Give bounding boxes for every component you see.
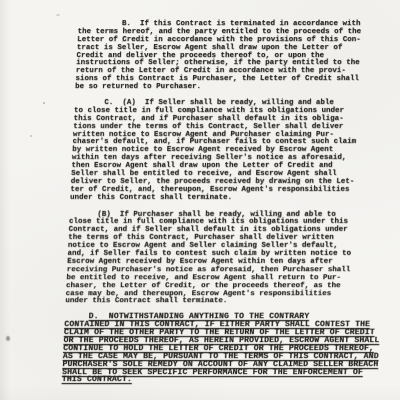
text-line-content: C. (A) If Seller shall be ready, willing… bbox=[104, 99, 334, 107]
text-line-content: this Contract, and if Purchaser shall de… bbox=[73, 115, 343, 123]
paragraph-clause-d-underlined: D. NOTWITHSTANDING ANYTHING TO THE CONTR… bbox=[62, 313, 387, 384]
text-line-content: the terms hereof, and the party entitled… bbox=[77, 28, 361, 36]
text-line-content: notice to Escrow Agent and Seller claimi… bbox=[68, 242, 338, 250]
text-line-content: Seller shall be entitled to receive, and… bbox=[71, 170, 337, 178]
text-line-content: Escrow Agent received by Escrow Agent wi… bbox=[67, 258, 333, 266]
text-line-content: Letter of Credit in accordance with the … bbox=[77, 36, 361, 44]
text-line-content: and, if Seller fails to contest such cla… bbox=[67, 250, 351, 258]
text-line: THIS CONTRACT. bbox=[62, 376, 384, 384]
text-line-content: chaser, the Letter of Credit, or the pro… bbox=[66, 282, 341, 290]
contract-text-block: B. If this Contract is terminated in acc… bbox=[0, 21, 400, 384]
text-line: under this Contract shall terminate. bbox=[65, 298, 387, 306]
scanned-contract-page: B. If this Contract is terminated in acc… bbox=[0, 0, 400, 400]
text-line-content: be entitled to receive, and Escrow Agent… bbox=[66, 274, 341, 282]
paragraph-clause-c-b: (B) If Purchaser shall be ready, willing… bbox=[65, 212, 391, 307]
text-line-content: then Escrow Agent shall draw upon the Le… bbox=[71, 162, 332, 170]
text-line-content: deliver to Seller, the proceeds received… bbox=[71, 178, 355, 186]
text-line-content: ter of Credit, and, thereupon, Escrow Ag… bbox=[70, 186, 349, 194]
text-line: be so returned to Purchaser. bbox=[75, 84, 397, 92]
text-line-content: tions under the terms of this Contract, … bbox=[73, 123, 343, 131]
text-line: under this Contract shall terminate. bbox=[70, 195, 392, 203]
text-line-content: receiving Purchaser's notice as aforesai… bbox=[67, 266, 351, 274]
paragraph-clause-b: B. If this Contract is terminated in acc… bbox=[75, 21, 400, 92]
text-line-content: be so returned to Purchaser. bbox=[75, 83, 201, 91]
text-line-content: to close title in full compliance with i… bbox=[74, 107, 344, 115]
scan-speck bbox=[56, 14, 60, 16]
text-line-content: under this Contract shall terminate. bbox=[65, 297, 227, 305]
text-line-content: B. If this Contract is terminated in acc… bbox=[122, 20, 361, 28]
text-line-content: tract is Seller, Escrow Agent shall draw… bbox=[77, 44, 343, 52]
paragraph-clause-c-a: C. (A) If Seller shall be ready, willing… bbox=[70, 100, 397, 203]
text-line-content: THIS CONTRACT. bbox=[61, 375, 132, 384]
text-line-content: under this Contract shall terminate. bbox=[70, 194, 232, 202]
